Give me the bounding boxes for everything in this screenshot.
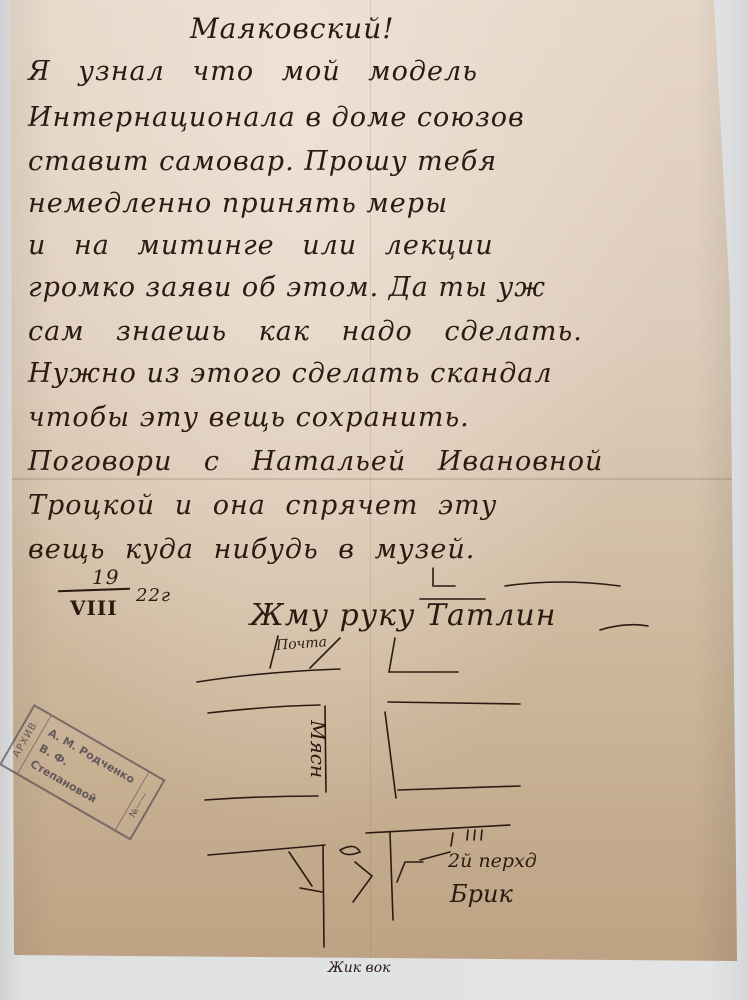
letter-line-9: чтобы эту вещь сохранить.: [28, 402, 470, 433]
letter-line-4: немедленно принять меры: [28, 188, 448, 219]
letter-line-3: ставит самовар. Прошу тебя: [28, 146, 497, 177]
paper-fold-vertical: [370, 0, 371, 960]
map-label-street: Мясн: [306, 720, 330, 778]
letter-line-7: сам знаешь как надо сделать.: [28, 316, 583, 347]
signature: Жму руку Татлин: [250, 598, 557, 633]
letter-salutation: Маяковский!: [190, 12, 395, 45]
letter-line-1: Я узнал что мой модель: [28, 56, 478, 87]
paper-fold-horizontal: [10, 478, 738, 480]
letter-line-6: громко заяви об этом. Да ты уж: [28, 272, 546, 303]
letter-line-5: и на митинге или лекции: [28, 230, 494, 261]
letter-line-2: Интернационала в доме союзов: [28, 102, 525, 133]
map-label-lane: 2й перхд: [448, 850, 537, 872]
letter-line-11: Троцкой и она спрячет эту: [28, 490, 497, 521]
map-label-brik: Брик: [450, 880, 513, 908]
date-day: 19: [92, 565, 119, 589]
letter-line-10: Поговори с Натальей Ивановной: [28, 446, 603, 477]
date-month: VIII: [70, 596, 118, 620]
letter-line-12: вещь куда нибудь в музей.: [28, 534, 475, 565]
map-label-bottom-note: Жик вок: [328, 960, 391, 976]
letter-line-8: Нужно из этого сделать скандал: [28, 358, 553, 389]
date-year: 22г: [136, 585, 171, 606]
